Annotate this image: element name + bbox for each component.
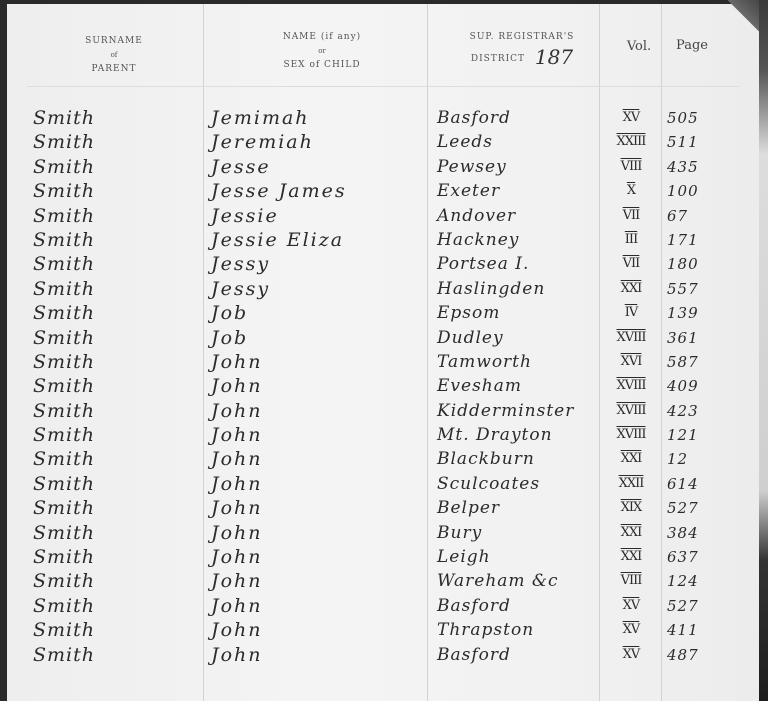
entry-forename: Jemimah (211, 106, 310, 130)
entry-page: 557 (667, 277, 699, 301)
entry-volume: III (605, 228, 657, 252)
table-row: SmithJemimahBasfordXV505 (7, 106, 759, 130)
entry-page: 100 (667, 179, 699, 203)
entry-forename: John (211, 594, 263, 618)
entry-forename: Job (211, 326, 248, 350)
entry-volume: XXI (605, 545, 657, 569)
entry-district: Tamworth (437, 350, 532, 374)
entry-page: 423 (667, 399, 699, 423)
entry-forename: John (211, 447, 263, 471)
entry-surname: Smith (33, 130, 95, 154)
table-row: SmithJessyHaslingdenXXI557 (7, 277, 759, 301)
entry-page: 527 (667, 496, 699, 520)
header-page: Page (667, 39, 717, 53)
entry-surname: Smith (33, 252, 95, 276)
header-text: or (257, 44, 387, 58)
entry-forename: John (211, 374, 263, 398)
entry-volume: VII (605, 252, 657, 276)
table-row: SmithJohnBasfordXV487 (7, 643, 759, 667)
entry-forename: John (211, 545, 263, 569)
entry-district: Hackney (437, 228, 519, 252)
table-row: SmithJohnBuryXXI384 (7, 521, 759, 545)
entry-volume: IV (605, 301, 657, 325)
entry-surname: Smith (33, 423, 95, 447)
entry-district: Kidderminster (437, 399, 574, 423)
entry-forename: Jeremiah (211, 130, 314, 154)
entry-volume: X (605, 179, 657, 203)
entry-district: Exeter (437, 179, 500, 203)
table-row: SmithJessieAndoverVII67 (7, 204, 759, 228)
entry-forename: Job (211, 301, 248, 325)
header-text: NAME (if any) (257, 30, 387, 44)
entry-forename: Jessie (211, 204, 279, 228)
entry-volume: XVIII (605, 326, 657, 350)
entry-forename: John (211, 472, 263, 496)
entry-district: Mt. Drayton (437, 423, 553, 447)
header-text: SUP. REGISTRAR'S (452, 30, 592, 44)
header-text: of (69, 48, 159, 62)
table-row: SmithJesse JamesExeterX100 (7, 179, 759, 203)
entry-surname: Smith (33, 228, 95, 252)
table-row: SmithJohnThrapstonXV411 (7, 618, 759, 642)
table-row: SmithJohnKidderminsterXVIII423 (7, 399, 759, 423)
entry-forename: John (211, 569, 263, 593)
entry-surname: Smith (33, 399, 95, 423)
entry-district: Andover (437, 204, 516, 228)
entry-district: Basford (437, 594, 511, 618)
header-text: SEX of CHILD (257, 58, 387, 72)
entry-district: Pewsey (437, 155, 507, 179)
entry-surname: Smith (33, 594, 95, 618)
entry-surname: Smith (33, 277, 95, 301)
entry-district: Blackburn (437, 447, 535, 471)
table-row: SmithJohnBlackburnXXI12 (7, 447, 759, 471)
entry-forename: John (211, 423, 263, 447)
entry-district: Evesham (437, 374, 522, 398)
entry-page: 384 (667, 521, 699, 545)
header-text: DISTRICT (471, 54, 525, 64)
table-row: SmithJohnEveshamXVIII409 (7, 374, 759, 398)
entry-district: Belper (437, 496, 500, 520)
entry-surname: Smith (33, 350, 95, 374)
entry-page: 527 (667, 594, 699, 618)
entry-surname: Smith (33, 106, 95, 130)
table-row: SmithJohnBelperXIX527 (7, 496, 759, 520)
entry-page: 180 (667, 252, 699, 276)
entry-forename: John (211, 618, 263, 642)
entry-volume: XVIII (605, 374, 657, 398)
header-text: SURNAME (69, 34, 159, 48)
entry-page: 435 (667, 155, 699, 179)
entry-surname: Smith (33, 447, 95, 471)
entry-district: Portsea I. (437, 252, 529, 276)
entry-district: Leeds (437, 130, 493, 154)
entry-page: 409 (667, 374, 699, 398)
entry-district: Basford (437, 643, 511, 667)
entry-surname: Smith (33, 643, 95, 667)
entry-forename: John (211, 350, 263, 374)
entry-district: Wareham &c (437, 569, 559, 593)
table-row: SmithJohnSculcoatesXXII614 (7, 472, 759, 496)
header-district: SUP. REGISTRAR'S DISTRICT 187 (452, 30, 592, 66)
entry-forename: John (211, 643, 263, 667)
entry-district: Epsom (437, 301, 500, 325)
entry-volume: VII (605, 204, 657, 228)
table-row: SmithJobDudleyXVIII361 (7, 326, 759, 350)
table-row: SmithJohnLeighXXI637 (7, 545, 759, 569)
entry-volume: XV (605, 618, 657, 642)
table-row: SmithJohnBasfordXV527 (7, 594, 759, 618)
entry-page: 637 (667, 545, 699, 569)
entry-page: 171 (667, 228, 699, 252)
entry-page: 12 (667, 447, 688, 471)
entry-page: 411 (667, 618, 699, 642)
entry-volume: XIX (605, 496, 657, 520)
header-vol: Vol. (619, 40, 659, 54)
table-row: SmithJohnTamworthXVI587 (7, 350, 759, 374)
entry-forename: Jesse James (211, 179, 347, 203)
entry-forename: John (211, 521, 263, 545)
entry-forename: Jessie Eliza (211, 228, 344, 252)
entry-volume: XXIII (605, 130, 657, 154)
entry-page: 361 (667, 326, 699, 350)
entry-district: Thrapston (437, 618, 534, 642)
entry-page: 487 (667, 643, 699, 667)
entry-volume: XXI (605, 447, 657, 471)
table-row: SmithJohnWareham &cVIII124 (7, 569, 759, 593)
table-row: SmithJohnMt. DraytonXVIII121 (7, 423, 759, 447)
header-text: PARENT (69, 62, 159, 76)
entry-page: 614 (667, 472, 699, 496)
entry-forename: John (211, 399, 263, 423)
entry-page: 505 (667, 106, 699, 130)
register-header: SURNAME of PARENT NAME (if any) or SEX o… (7, 4, 759, 94)
entry-volume: XXI (605, 521, 657, 545)
entry-surname: Smith (33, 179, 95, 203)
entry-page: 67 (667, 204, 688, 228)
table-row: SmithJessie ElizaHackneyIII171 (7, 228, 759, 252)
entry-district: Dudley (437, 326, 504, 350)
entry-surname: Smith (33, 618, 95, 642)
entry-forename: Jessy (211, 252, 270, 276)
entry-surname: Smith (33, 204, 95, 228)
entry-surname: Smith (33, 496, 95, 520)
table-row: SmithJeremiahLeedsXXIII511 (7, 130, 759, 154)
table-row: SmithJessePewseyVIII435 (7, 155, 759, 179)
entry-district: Haslingden (437, 277, 545, 301)
entry-page: 121 (667, 423, 699, 447)
entry-volume: XVIII (605, 399, 657, 423)
entry-surname: Smith (33, 569, 95, 593)
table-row: SmithJessyPortsea I.VII180 (7, 252, 759, 276)
header-surname: SURNAME of PARENT (69, 34, 159, 76)
scan-edge (759, 0, 768, 701)
entry-volume: VIII (605, 569, 657, 593)
register-page: SURNAME of PARENT NAME (if any) or SEX o… (7, 4, 759, 701)
entry-surname: Smith (33, 155, 95, 179)
entry-surname: Smith (33, 472, 95, 496)
entry-volume: XV (605, 106, 657, 130)
header-divider (27, 86, 739, 87)
entry-volume: XVIII (605, 423, 657, 447)
entries-list: SmithJemimahBasfordXV505SmithJeremiahLee… (7, 106, 759, 667)
entry-surname: Smith (33, 374, 95, 398)
header-name: NAME (if any) or SEX of CHILD (257, 30, 387, 72)
entry-forename: Jesse (211, 155, 271, 179)
entry-volume: XXI (605, 277, 657, 301)
entry-forename: Jessy (211, 277, 270, 301)
entry-district: Sculcoates (437, 472, 540, 496)
entry-page: 587 (667, 350, 699, 374)
table-row: SmithJobEpsomIV139 (7, 301, 759, 325)
entry-volume: XVI (605, 350, 657, 374)
entry-volume: XV (605, 594, 657, 618)
entry-district: Leigh (437, 545, 491, 569)
entry-district: Basford (437, 106, 511, 130)
entry-surname: Smith (33, 326, 95, 350)
entry-surname: Smith (33, 521, 95, 545)
entry-volume: XV (605, 643, 657, 667)
entry-forename: John (211, 496, 263, 520)
entry-volume: XXII (605, 472, 657, 496)
entry-page: 139 (667, 301, 699, 325)
entry-district: Bury (437, 521, 482, 545)
entry-page: 511 (667, 130, 699, 154)
entry-surname: Smith (33, 301, 95, 325)
entry-page: 124 (667, 569, 699, 593)
district-number: 187 (535, 45, 573, 69)
entry-volume: VIII (605, 155, 657, 179)
entry-surname: Smith (33, 545, 95, 569)
